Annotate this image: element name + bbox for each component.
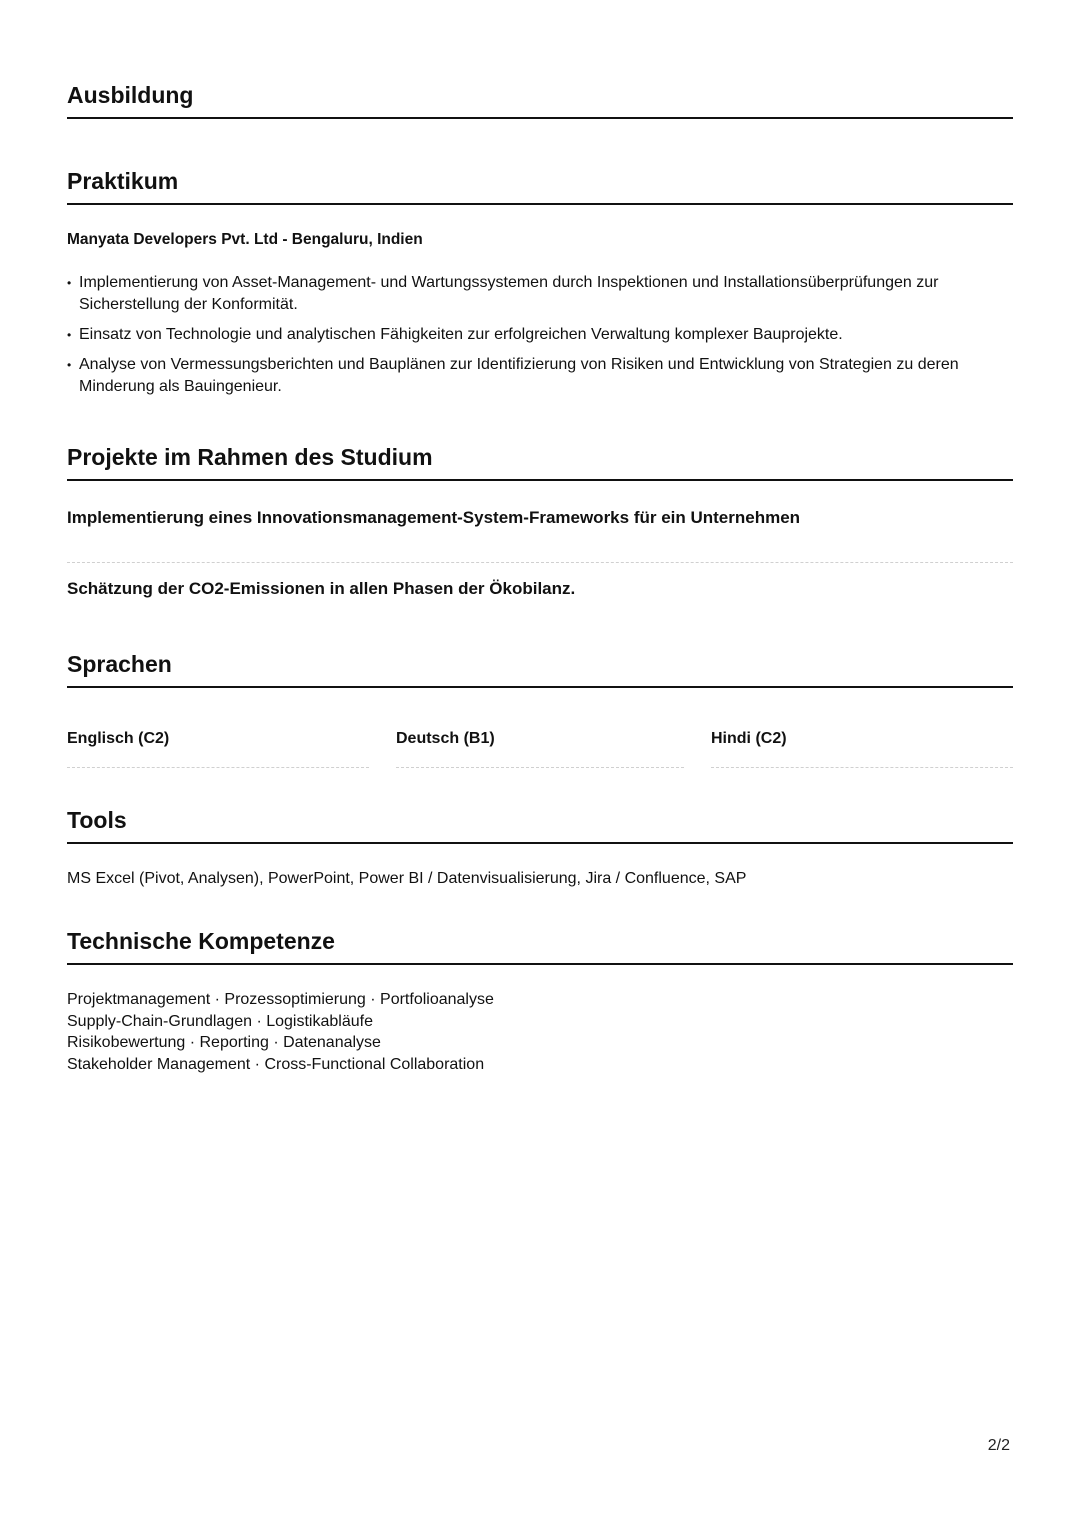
bullet-item: Analyse von Vermessungsberichten und Bau…: [67, 354, 1013, 398]
bullet-item: Implementierung von Asset-Management- un…: [67, 272, 1013, 316]
kompetenzen-list: Projektmanagement · Prozessoptimierung ·…: [67, 989, 494, 1075]
divider: [711, 767, 1013, 768]
language-item: Englisch (C2): [67, 730, 169, 748]
language-item: Deutsch (B1): [396, 730, 495, 748]
section-title-ausbildung: Ausbildung: [67, 82, 1013, 119]
kompetenz-line: Risikobewertung · Reporting · Datenanaly…: [67, 1032, 494, 1054]
section-title-tools: Tools: [67, 807, 1013, 844]
section-title-praktikum: Praktikum: [67, 168, 1013, 205]
kompetenz-line: Projektmanagement · Prozessoptimierung ·…: [67, 989, 494, 1011]
kompetenz-line: Supply-Chain-Grundlagen · Logistikabläuf…: [67, 1011, 494, 1033]
section-title-projekte: Projekte im Rahmen des Studium: [67, 444, 1013, 481]
bullet-item: Einsatz von Technologie und analytischen…: [67, 324, 1013, 346]
divider: [67, 767, 369, 768]
project-item: Implementierung eines Innovationsmanagem…: [67, 508, 1013, 528]
divider: [396, 767, 684, 768]
company-name: Manyata Developers Pvt. Ltd - Bengaluru,…: [67, 231, 423, 249]
language-item: Hindi (C2): [711, 730, 787, 748]
divider: [67, 562, 1013, 563]
kompetenz-line: Stakeholder Management · Cross-Functiona…: [67, 1054, 494, 1076]
section-title-sprachen: Sprachen: [67, 651, 1013, 688]
section-title-kompetenzen: Technische Kompetenze: [67, 928, 1013, 965]
tools-text: MS Excel (Pivot, Analysen), PowerPoint, …: [67, 868, 746, 890]
praktikum-bullets: Implementierung von Asset-Management- un…: [67, 272, 1013, 406]
page-number: 2/2: [988, 1437, 1010, 1455]
project-item: Schätzung der CO2-Emissionen in allen Ph…: [67, 579, 1013, 599]
